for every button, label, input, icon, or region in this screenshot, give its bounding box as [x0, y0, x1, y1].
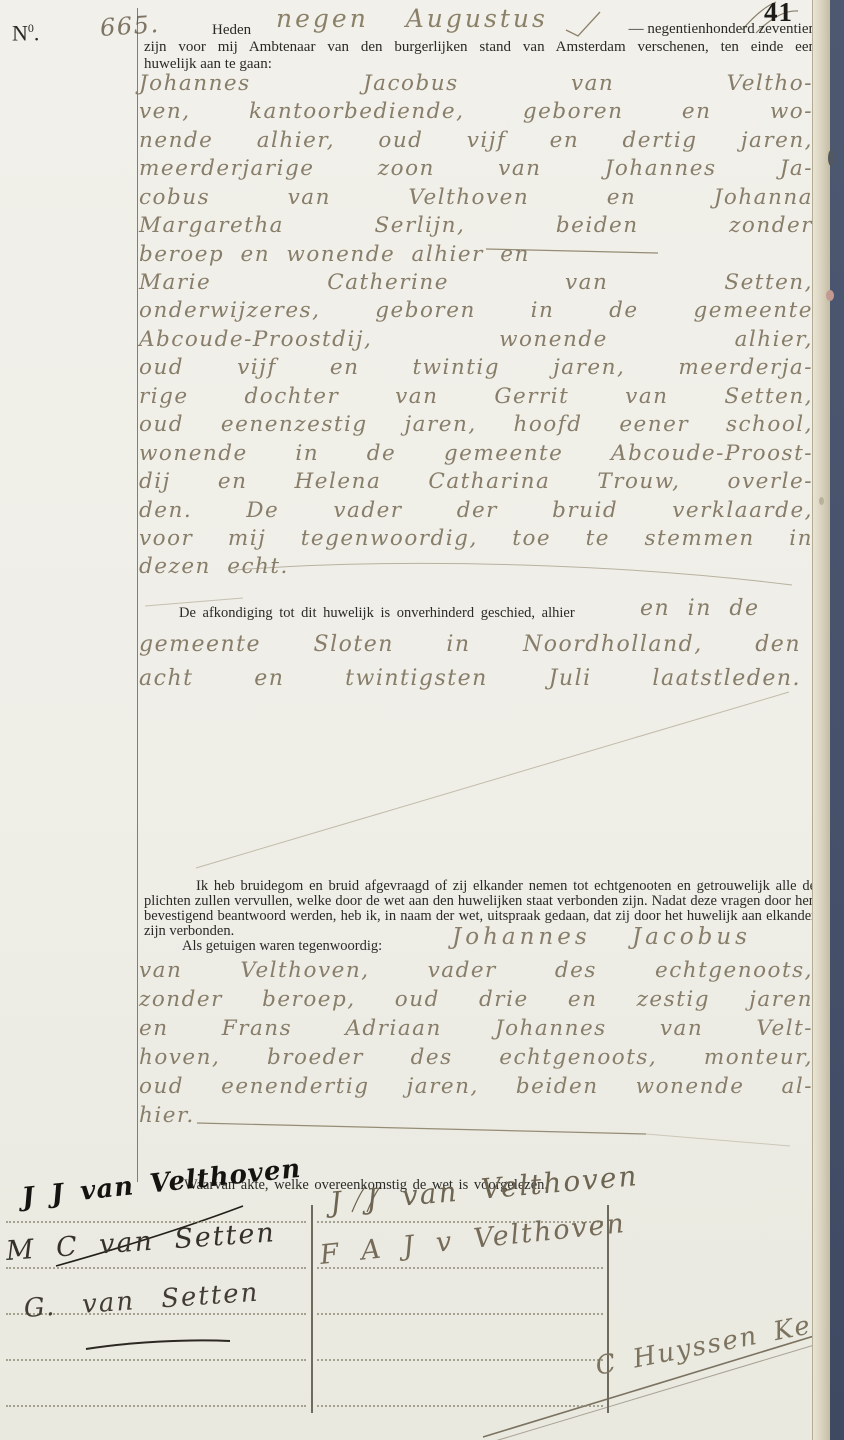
- handwritten-line: meerderjarige zoon van Johannes Ja-: [139, 156, 813, 184]
- handwritten-line: cobus van Velthoven en Johanna: [139, 185, 813, 213]
- signature-line: [6, 1359, 306, 1361]
- header-printed-line2: zijn voor mij Ambtenaar van den burgerli…: [144, 39, 816, 56]
- header-printed-year: — negentienhonderd zeventien: [570, 21, 816, 38]
- handwritten-line: rige dochter van Gerrit van Setten,: [139, 384, 813, 412]
- signature-underline: [86, 1340, 230, 1349]
- witnesses-paragraph: van Velthoven, vader des echtgenoots, zo…: [139, 958, 813, 1132]
- handwritten-line: hier.: [139, 1103, 813, 1132]
- scan-backdrop: [830, 0, 844, 1440]
- signature-bride: M C van Setten: [5, 1217, 277, 1267]
- act-number-value: 665.: [99, 10, 160, 42]
- signature-registrar: C Huyssen Keen: [593, 1304, 844, 1382]
- handwritten-line: zonder beroep, oud drie en zestig jaren: [139, 987, 813, 1016]
- faint-stroke: [646, 1134, 790, 1146]
- signature-line: [6, 1267, 306, 1269]
- signature-line: [317, 1313, 603, 1315]
- announcement-paragraph: gemeente Sloten in Noordholland, den ach…: [139, 632, 801, 699]
- edge-blemish: [826, 290, 834, 301]
- signature-line: [317, 1359, 603, 1361]
- page-edge: [813, 0, 830, 1440]
- edge-blemish: [819, 497, 824, 505]
- announcement-handwritten-inline: en in de: [640, 596, 759, 621]
- handwritten-line: onderwijzeres, geboren in de gemeente: [139, 298, 813, 326]
- handwritten-line: Marie Catherine van Setten,: [139, 270, 813, 298]
- handwritten-line: acht en twintigsten Juli laatstleden.: [139, 666, 801, 700]
- handwritten-line: nende alhier, oud vijf en dertig jaren,: [139, 128, 813, 156]
- signature-line: [317, 1267, 603, 1269]
- bride-paragraph: Marie Catherine van Setten, onderwijzere…: [139, 270, 813, 583]
- handwritten-line: den. De vader der bruid verklaarde,: [139, 498, 813, 526]
- header-printed-heden: Heden: [212, 22, 251, 39]
- signature-witness-father: J J van Velthoven: [329, 1159, 640, 1219]
- signature-groom: J J van Velthoven: [20, 1154, 302, 1213]
- witnesses-label: Als getuigen waren tegenwoordig:: [182, 938, 382, 955]
- marriage-certificate-page: N0. 665. 41 Heden negen Augustus — negen…: [0, 0, 844, 1440]
- handwritten-line: en Frans Adriaan Johannes van Velt-: [139, 1016, 813, 1045]
- act-number-label: N0.: [12, 20, 39, 41]
- header-handwritten-date: negen Augustus: [276, 4, 548, 33]
- handwritten-line: voor mij tegenwoordig, toe te stemmen in: [139, 526, 813, 554]
- handwritten-line: dij en Helena Catharina Trouw, overle-: [139, 469, 813, 497]
- handwritten-line: oud eenendertig jaren, beiden wonende al…: [139, 1074, 813, 1103]
- handwritten-line: gemeente Sloten in Noordholland, den: [139, 632, 801, 666]
- handwritten-line: oud eenenzestig jaren, hoofd eener schoo…: [139, 412, 813, 440]
- groom-paragraph: Johannes Jacobus van Veltho- ven, kantoo…: [139, 71, 813, 270]
- handwritten-line: beroep en wonende alhier en: [139, 242, 813, 270]
- handwritten-line: Abcoude-Proostdij, wonende alhier,: [139, 327, 813, 355]
- edge-blemish: [828, 150, 834, 166]
- handwritten-line: wonende in de gemeente Abcoude-Proost-: [139, 441, 813, 469]
- handwritten-line: ven, kantoorbediende, geboren en wo-: [139, 99, 813, 127]
- signature-witness-brother: F A J v Velthoven: [318, 1208, 627, 1271]
- handwritten-line: oud vijf en twintig jaren, meerderja-: [139, 355, 813, 383]
- handwritten-line: Margaretha Serlijn, beiden zonder: [139, 213, 813, 241]
- signature-line: [317, 1405, 603, 1407]
- handwritten-line: Johannes Jacobus van Veltho-: [139, 71, 813, 99]
- blank-space-void-diagonal: [196, 692, 789, 868]
- announcement-printed: De afkondiging tot dit huwelijk is onver…: [179, 605, 575, 622]
- witnesses-handwritten-inline: Johannes Jacobus: [452, 924, 751, 950]
- handwritten-line: hoven, broeder des echtgenoots, monteur,: [139, 1045, 813, 1074]
- signature-column-divider: [311, 1205, 313, 1413]
- handwritten-line: van Velthoven, vader des echtgenoots,: [139, 958, 813, 987]
- page-number: 41: [764, 4, 793, 21]
- handwritten-line: dezen echt.: [139, 554, 813, 582]
- margin-rule: [137, 8, 138, 1182]
- signature-line: [6, 1405, 306, 1407]
- signature-father-bride: G. van Setten: [23, 1278, 260, 1324]
